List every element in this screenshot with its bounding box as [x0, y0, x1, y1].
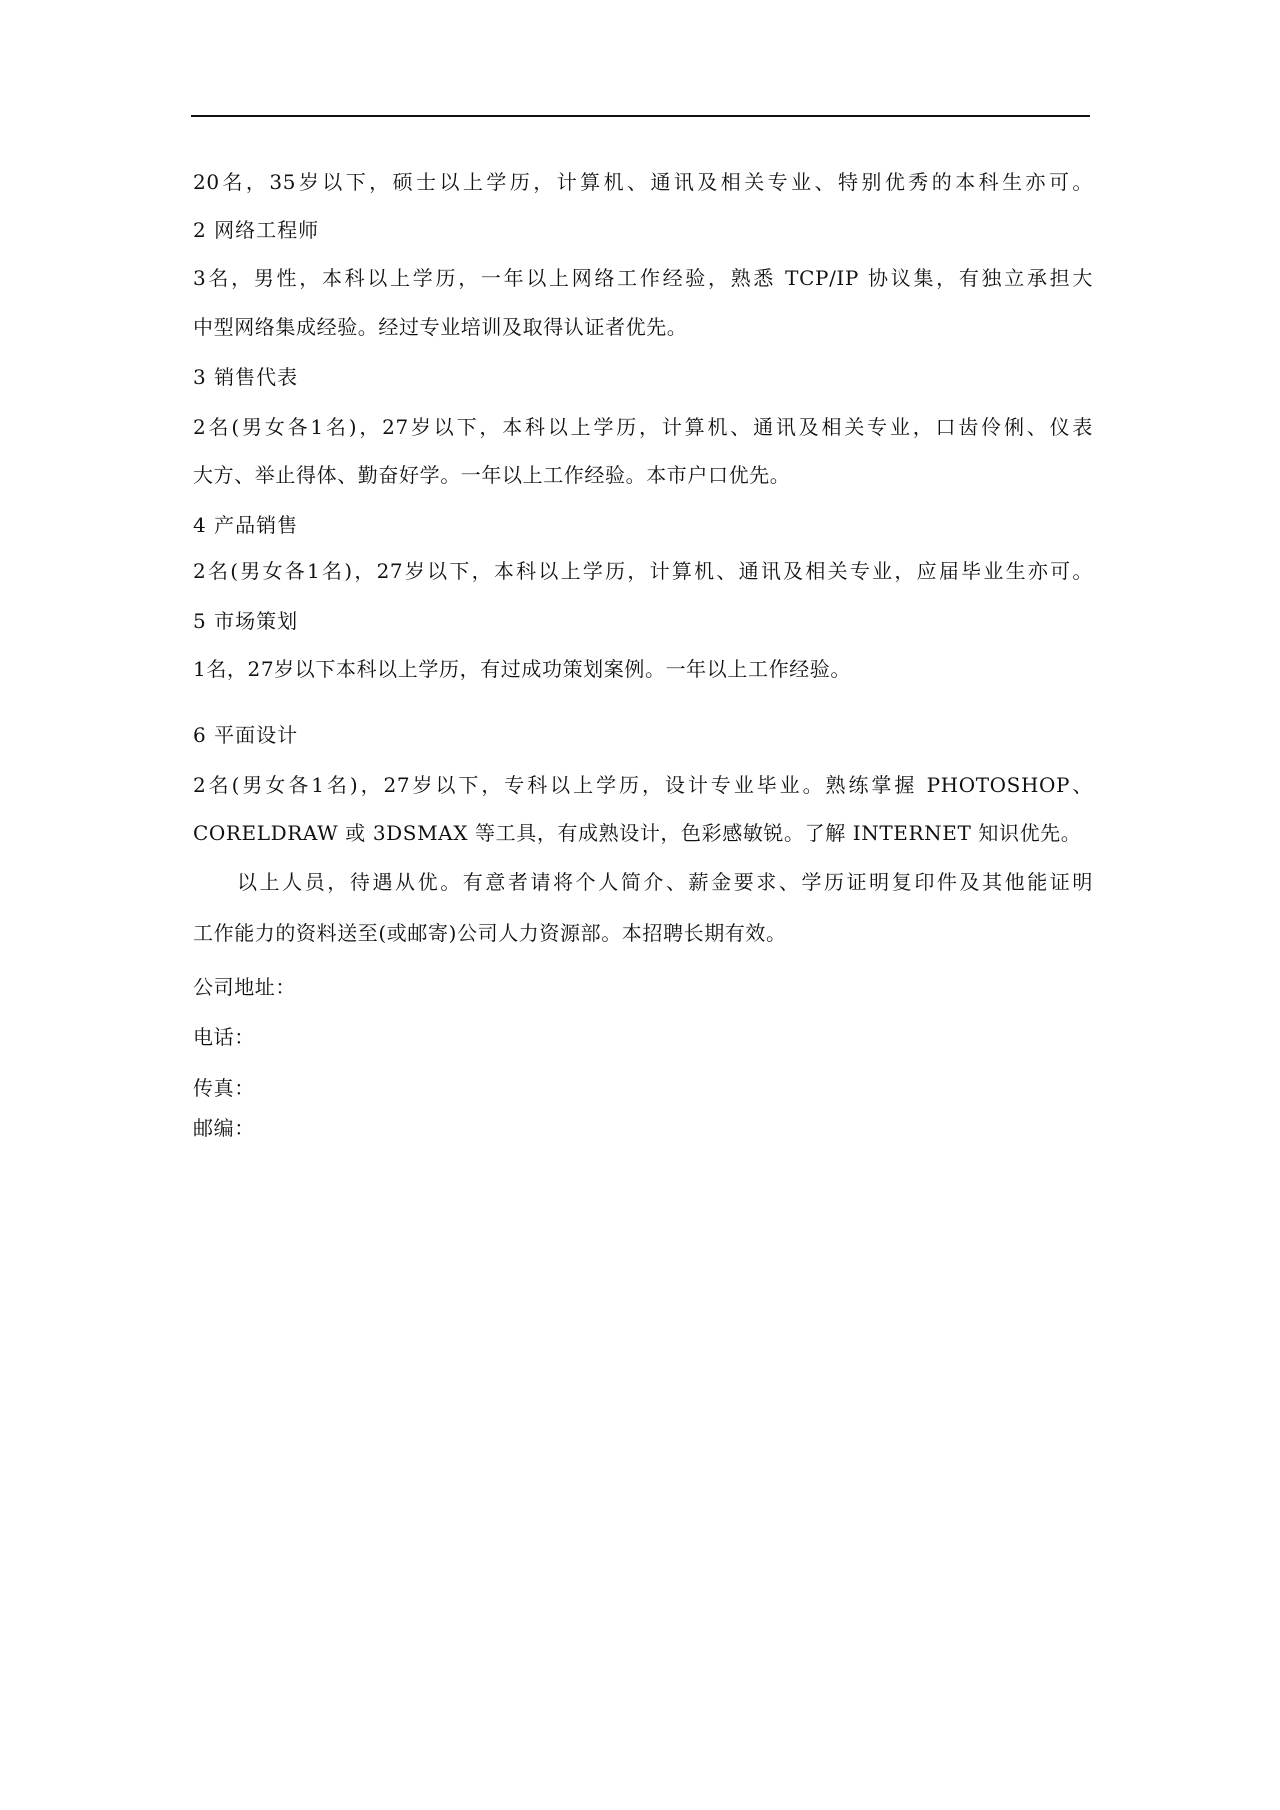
position-heading-product-sales: 4 产品销售 [193, 510, 1093, 540]
position-heading-sales-rep: 3 销售代表 [193, 362, 1093, 392]
position-heading-marketing-planning: 5 市场策划 [193, 606, 1093, 636]
closing-paragraph-line: 以上人员，待遇从优。有意者请将个人简介、薪金要求、学历证明复印件及其他能证明 [193, 867, 1093, 897]
continuation-line: 20名，35岁以下，硕士以上学历，计算机、通讯及相关专业、特别优秀的本科生亦可。 [193, 167, 1093, 197]
position-heading-network-engineer: 2 网络工程师 [193, 215, 1093, 245]
position-requirements-line: CORELDRAW 或 3DSMAX 等工具，有成熟设计，色彩感敏锐。了解 IN… [193, 818, 1093, 848]
position-requirements-line: 大方、举止得体、勤奋好学。一年以上工作经验。本市户口优先。 [193, 460, 1093, 490]
closing-paragraph-line: 工作能力的资料送至(或邮寄)公司人力资源部。本招聘长期有效。 [193, 918, 1093, 948]
header-rule [191, 115, 1090, 117]
contact-address-label: 公司地址： [193, 972, 1093, 1002]
position-requirements-line: 中型网络集成经验。经过专业培训及取得认证者优先。 [193, 312, 1093, 342]
position-requirements-line: 2名(男女各1名)，27岁以下，本科以上学历，计算机、通讯及相关专业，口齿伶俐、… [193, 412, 1093, 442]
position-requirements-line: 2名(男女各1名)，27岁以下，本科以上学历，计算机、通讯及相关专业，应届毕业生… [193, 556, 1093, 586]
contact-phone-label: 电话： [193, 1022, 1093, 1052]
contact-fax-label: 传真： [193, 1073, 1093, 1103]
position-requirements-line: 1名，27岁以下本科以上学历，有过成功策划案例。一年以上工作经验。 [193, 654, 1093, 684]
contact-postcode-label: 邮编： [193, 1113, 1093, 1143]
position-requirements-line: 2名(男女各1名)，27岁以下，专科以上学历，设计专业毕业。熟练掌握 PHOTO… [193, 770, 1093, 800]
position-requirements-line: 3名，男性，本科以上学历，一年以上网络工作经验，熟悉 TCP/IP 协议集，有独… [193, 263, 1093, 293]
position-heading-graphic-design: 6 平面设计 [193, 720, 1093, 750]
document-page: 20名，35岁以下，硕士以上学历，计算机、通讯及相关专业、特别优秀的本科生亦可。… [0, 0, 1280, 1810]
